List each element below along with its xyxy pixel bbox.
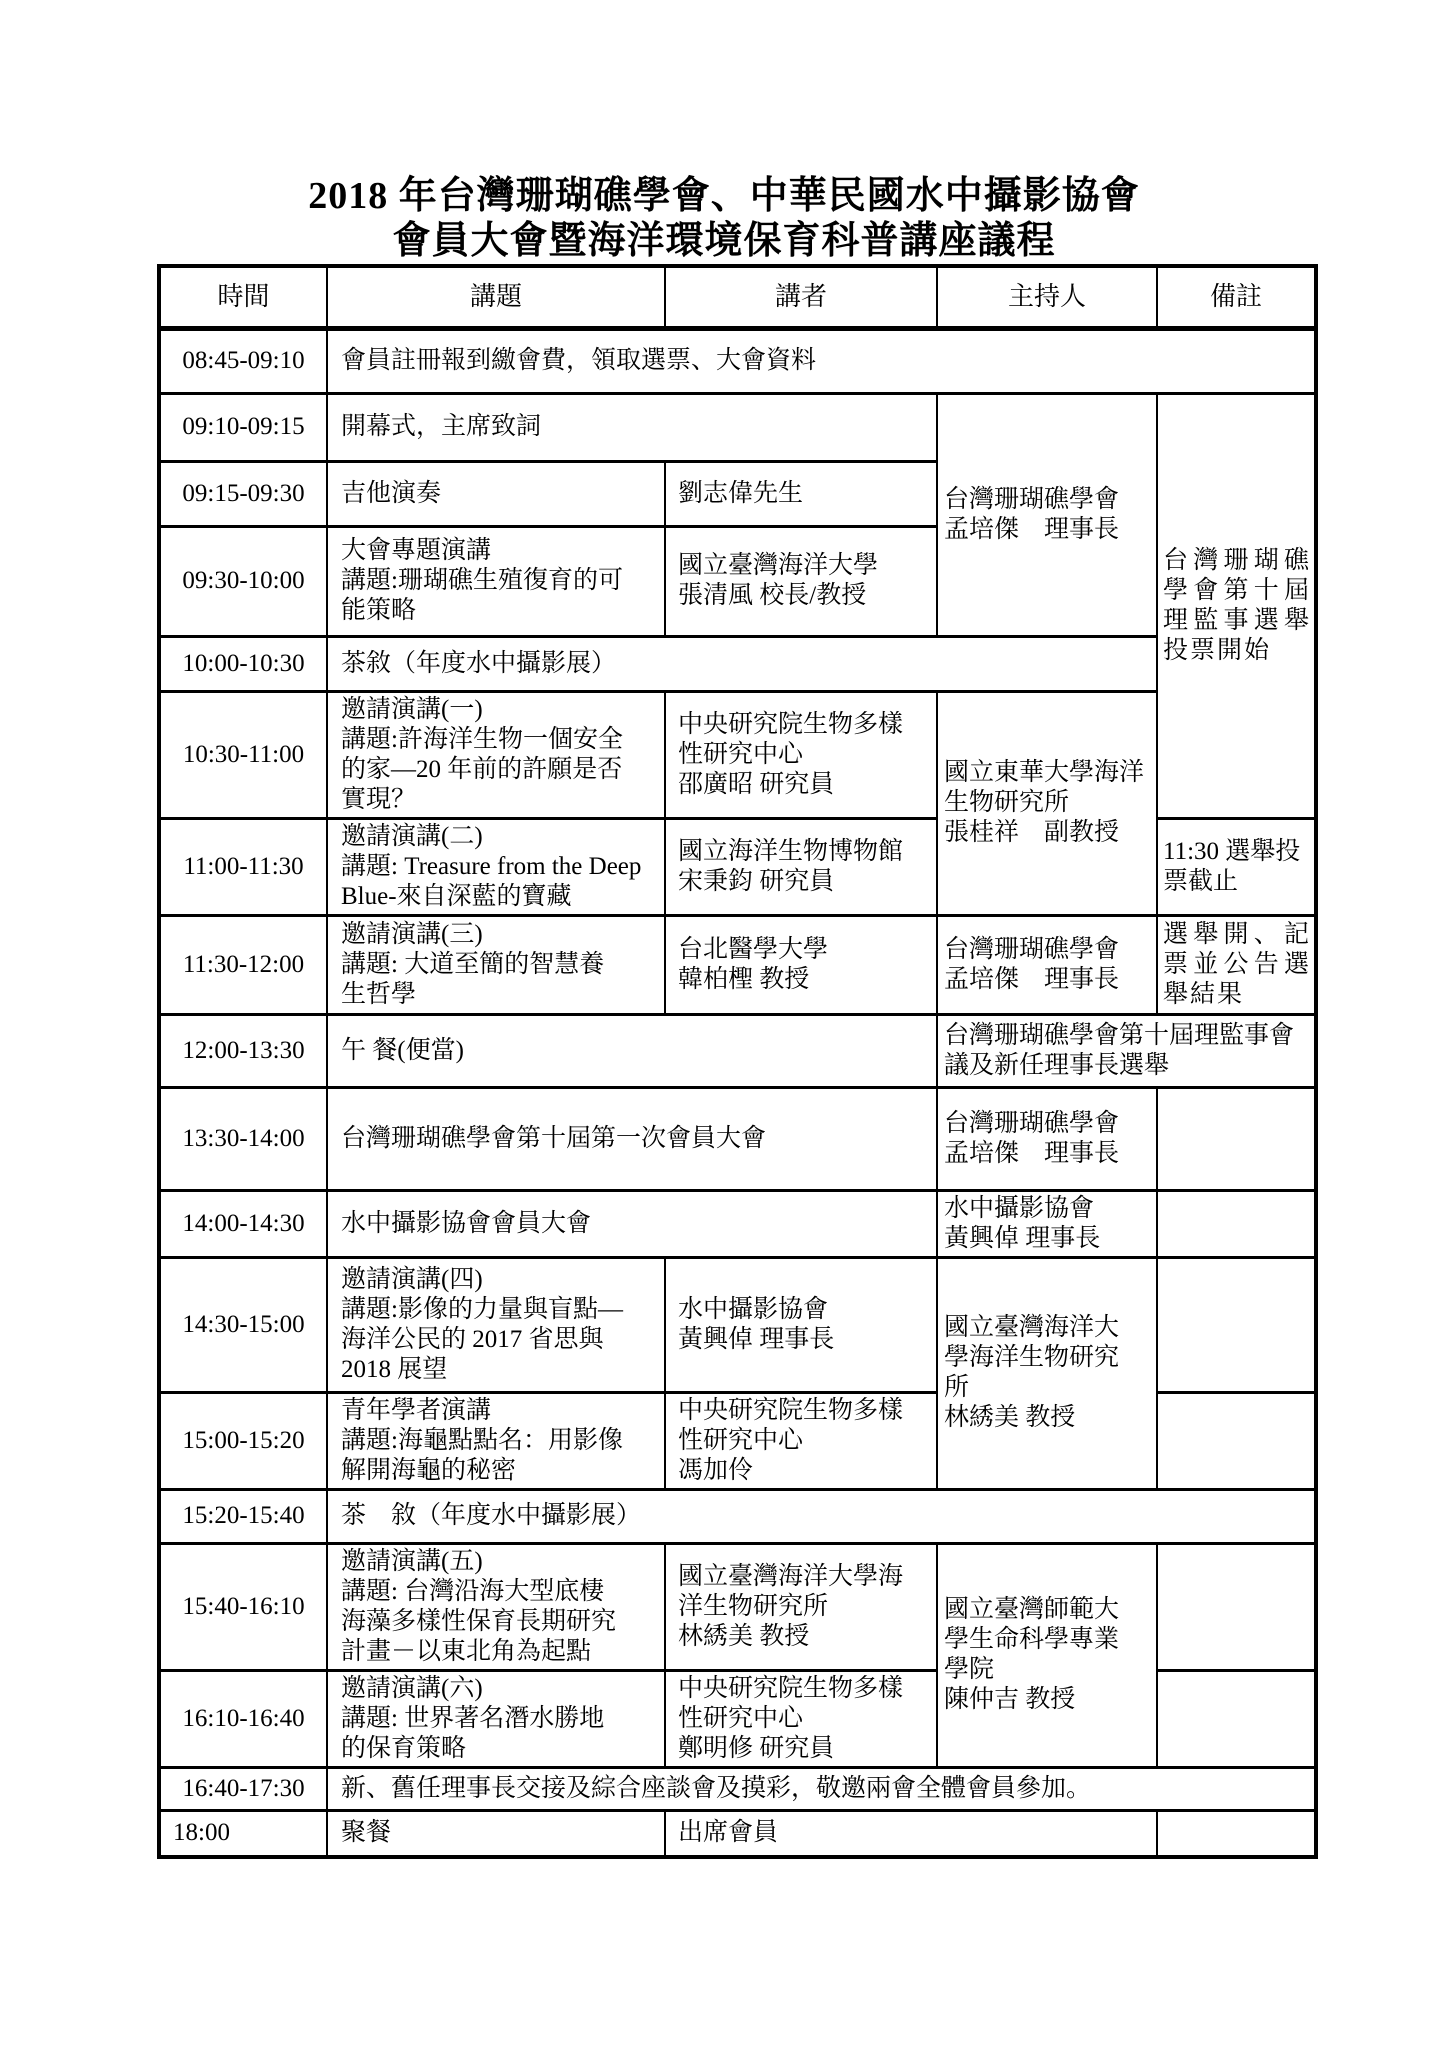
speaker-cell: 國立臺灣海洋大學 張清風 校長/教授 (665, 526, 937, 636)
time-cell: 14:00-14:30 (159, 1190, 327, 1257)
header-host: 主持人 (937, 266, 1157, 328)
topic-cell: 青年學者演講 講題:海龜點點名：用影像 解開海龜的秘密 (327, 1392, 665, 1489)
host-cell: 台灣珊瑚礁學會 孟培傑 理事長 (937, 1087, 1157, 1190)
note-cell: 11:30 選舉投票截止 (1157, 818, 1316, 915)
time-cell: 09:30-10:00 (159, 526, 327, 636)
speaker-cell: 水中攝影協會 黃興倬 理事長 (665, 1257, 937, 1392)
table-row: 15:40-16:10 邀請演講(五) 講題: 台灣沿海大型底棲 海藻多樣性保育… (159, 1543, 1316, 1670)
speaker-cell: 中央研究院生物多樣 性研究中心 鄭明修 研究員 (665, 1670, 937, 1767)
speaker-cell: 中央研究院生物多樣 性研究中心 馮加伶 (665, 1392, 937, 1489)
table-row: 11:30-12:00 邀請演講(三) 講題: 大道至簡的智慧養 生哲學 台北醫… (159, 915, 1316, 1014)
header-time: 時間 (159, 266, 327, 328)
note-cell (1157, 1087, 1316, 1190)
host-cell: 台灣珊瑚礁學會 孟培傑 理事長 (937, 393, 1157, 636)
table-row: 15:20-15:40 茶 敘（年度水中攝影展） (159, 1489, 1316, 1543)
host-cell: 國立東華大學海洋 生物研究所 張桂祥 副教授 (937, 691, 1157, 915)
time-cell: 10:00-10:30 (159, 636, 327, 691)
time-cell: 08:45-09:10 (159, 328, 327, 393)
note-cell: 台灣珊瑚礁學會第十屆理監事選舉投票開始 (1157, 393, 1316, 818)
topic-cell: 開幕式，主席致詞 (327, 393, 937, 461)
time-cell: 15:00-15:20 (159, 1392, 327, 1489)
content-cell: 會員註冊報到繳會費，領取選票、大會資料 (327, 328, 1316, 393)
time-cell: 10:30-11:00 (159, 691, 327, 818)
time-cell: 15:20-15:40 (159, 1489, 327, 1543)
content-cell: 新、舊任理事長交接及綜合座談會及摸彩，敬邀兩會全體會員參加。 (327, 1767, 1316, 1810)
table-row: 13:30-14:00 台灣珊瑚礁學會第十屆第一次會員大會 台灣珊瑚礁學會 孟培… (159, 1087, 1316, 1190)
topic-cell: 台灣珊瑚礁學會第十屆第一次會員大會 (327, 1087, 937, 1190)
topic-cell: 邀請演講(五) 講題: 台灣沿海大型底棲 海藻多樣性保育長期研究 計畫－以東北角… (327, 1543, 665, 1670)
agenda-table: 時間 講題 講者 主持人 備註 08:45-09:10 會員註冊報到繳會費，領取… (157, 264, 1318, 1859)
time-cell: 11:00-11:30 (159, 818, 327, 915)
speaker-cell: 國立臺灣海洋大學海 洋生物研究所 林綉美 教授 (665, 1543, 937, 1670)
time-cell: 16:10-16:40 (159, 1670, 327, 1767)
time-cell: 13:30-14:00 (159, 1087, 327, 1190)
topic-cell: 邀請演講(六) 講題: 世界著名潛水勝地 的保育策略 (327, 1670, 665, 1767)
note-cell (1157, 1810, 1316, 1857)
time-cell: 16:40-17:30 (159, 1767, 327, 1810)
speaker-cell: 出席會員 (665, 1810, 1157, 1857)
speaker-cell: 中央研究院生物多樣 性研究中心 邵廣昭 研究員 (665, 691, 937, 818)
table-row: 16:40-17:30 新、舊任理事長交接及綜合座談會及摸彩，敬邀兩會全體會員參… (159, 1767, 1316, 1810)
time-cell: 14:30-15:00 (159, 1257, 327, 1392)
table-row: 08:45-09:10 會員註冊報到繳會費，領取選票、大會資料 (159, 328, 1316, 393)
note-cell: 選舉開、記票並公告選舉結果 (1157, 915, 1316, 1014)
topic-cell: 茶敘（年度水中攝影展） (327, 636, 1157, 691)
speaker-cell: 劉志偉先生 (665, 461, 937, 526)
title-line-1: 2018 年台灣珊瑚礁學會、中華民國水中攝影協會 (0, 174, 1448, 219)
table-row: 10:00-10:30 茶敘（年度水中攝影展） (159, 636, 1316, 691)
document-page: 2018 年台灣珊瑚礁學會、中華民國水中攝影協會 會員大會暨海洋環境保育科普講座… (0, 0, 1448, 2048)
host-note-cell: 台灣珊瑚礁學會第十屆理監事會議及新任理事長選舉 (937, 1014, 1316, 1087)
time-cell: 18:00 (159, 1810, 327, 1857)
table-row: 09:10-09:15 開幕式，主席致詞 台灣珊瑚礁學會 孟培傑 理事長 台灣珊… (159, 393, 1316, 461)
document-title: 2018 年台灣珊瑚礁學會、中華民國水中攝影協會 會員大會暨海洋環境保育科普講座… (0, 174, 1448, 264)
topic-cell: 水中攝影協會會員大會 (327, 1190, 937, 1257)
topic-cell: 邀請演講(二) 講題: Treasure from the Deep Blue-… (327, 818, 665, 915)
host-cell: 國立臺灣師範大 學生命科學專業 學院 陳仲吉 教授 (937, 1543, 1157, 1767)
topic-cell: 茶 敘（年度水中攝影展） (327, 1489, 1316, 1543)
header-topic: 講題 (327, 266, 665, 328)
time-cell: 11:30-12:00 (159, 915, 327, 1014)
note-cell (1157, 1392, 1316, 1489)
time-cell: 09:10-09:15 (159, 393, 327, 461)
topic-cell: 邀請演講(三) 講題: 大道至簡的智慧養 生哲學 (327, 915, 665, 1014)
host-cell: 國立臺灣海洋大 學海洋生物研究 所 林綉美 教授 (937, 1257, 1157, 1489)
topic-cell: 大會專題演講 講題:珊瑚礁生殖復育的可 能策略 (327, 526, 665, 636)
topic-cell: 午 餐(便當) (327, 1014, 937, 1087)
host-cell: 水中攝影協會 黃興倬 理事長 (937, 1190, 1157, 1257)
note-cell (1157, 1257, 1316, 1392)
note-cell (1157, 1190, 1316, 1257)
topic-cell: 邀請演講(一) 講題:許海洋生物一個安全 的家—20 年前的許願是否 實現？ (327, 691, 665, 818)
table-row: 18:00 聚餐 出席會員 (159, 1810, 1316, 1857)
table-row: 10:30-11:00 邀請演講(一) 講題:許海洋生物一個安全 的家—20 年… (159, 691, 1316, 818)
topic-cell: 邀請演講(四) 講題:影像的力量與盲點— 海洋公民的 2017 省思與 2018… (327, 1257, 665, 1392)
table-row: 14:30-15:00 邀請演講(四) 講題:影像的力量與盲點— 海洋公民的 2… (159, 1257, 1316, 1392)
header-row: 時間 講題 講者 主持人 備註 (159, 266, 1316, 328)
header-speaker: 講者 (665, 266, 937, 328)
note-cell (1157, 1543, 1316, 1670)
speaker-cell: 國立海洋生物博物館 宋秉鈞 研究員 (665, 818, 937, 915)
table-row: 12:00-13:30 午 餐(便當) 台灣珊瑚礁學會第十屆理監事會議及新任理事… (159, 1014, 1316, 1087)
note-cell (1157, 1670, 1316, 1767)
topic-cell: 吉他演奏 (327, 461, 665, 526)
time-cell: 09:15-09:30 (159, 461, 327, 526)
time-cell: 15:40-16:10 (159, 1543, 327, 1670)
header-note: 備註 (1157, 266, 1316, 328)
table-row: 14:00-14:30 水中攝影協會會員大會 水中攝影協會 黃興倬 理事長 (159, 1190, 1316, 1257)
topic-cell: 聚餐 (327, 1810, 665, 1857)
time-cell: 12:00-13:30 (159, 1014, 327, 1087)
speaker-cell: 台北醫學大學 韓柏檉 教授 (665, 915, 937, 1014)
host-cell: 台灣珊瑚礁學會 孟培傑 理事長 (937, 915, 1157, 1014)
title-line-2: 會員大會暨海洋環境保育科普講座議程 (0, 219, 1448, 264)
